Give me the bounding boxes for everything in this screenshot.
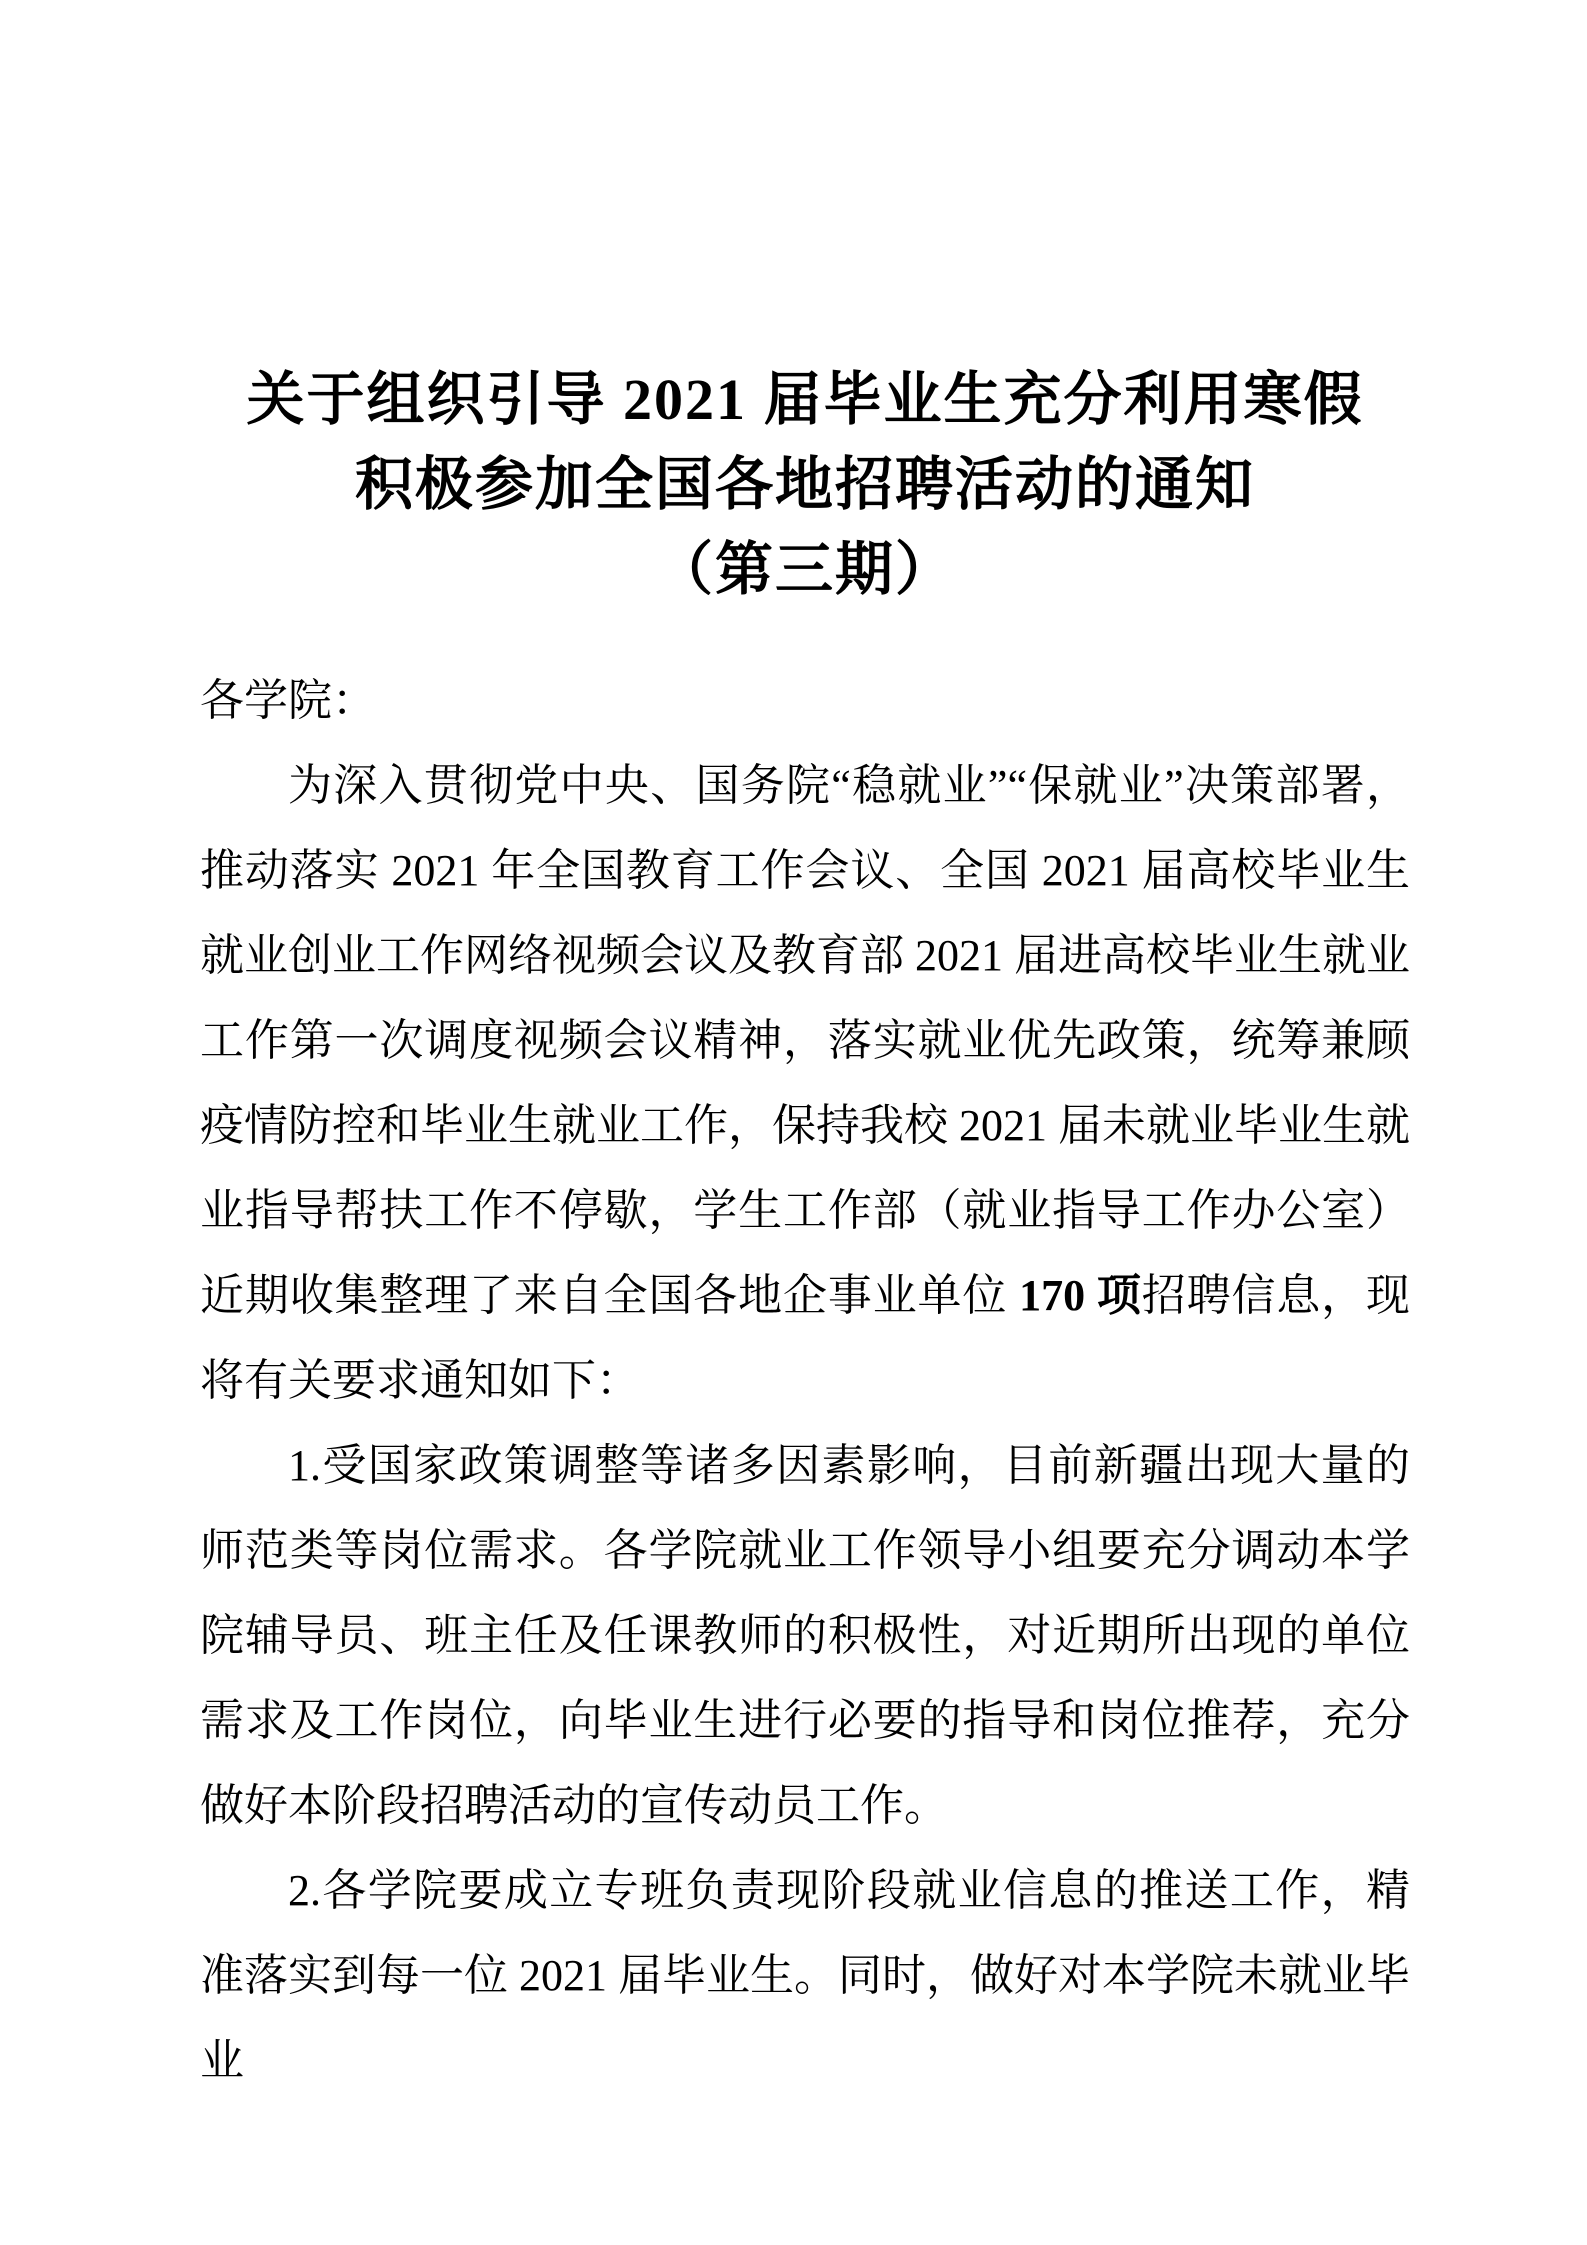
paragraph-3-item-2: 2.各学院要成立专班负责现阶段就业信息的推送工作，精准落实到每一位 2021 届… [200, 1848, 1410, 2103]
title-line-2: 积极参加全国各地招聘活动的通知 [200, 442, 1410, 527]
recruitment-count-highlight: 170 项 [1019, 1271, 1142, 1320]
salutation: 各学院： [200, 658, 1410, 743]
paragraph-2-item-1: 1.受国家政策调整等诸多因素影响，目前新疆出现大量的师范类等岗位需求。各学院就业… [200, 1423, 1410, 1848]
document-title: 关于组织引导 2021 届毕业生充分利用寒假 积极参加全国各地招聘活动的通知 （… [200, 357, 1410, 612]
title-line-3-issue-number: （第三期） [200, 527, 1410, 612]
title-line-1: 关于组织引导 2021 届毕业生充分利用寒假 [200, 357, 1410, 442]
document-body: 关于组织引导 2021 届毕业生充分利用寒假 积极参加全国各地招聘活动的通知 （… [200, 357, 1410, 2103]
document-page: 关于组织引导 2021 届毕业生充分利用寒假 积极参加全国各地招聘活动的通知 （… [0, 0, 1587, 2245]
paragraph-1-lead: 为深入贯彻党中央、国务院“稳就业”“保就业”决策部署，推动落实 2021 年全国… [200, 761, 1410, 1320]
paragraph-1: 为深入贯彻党中央、国务院“稳就业”“保就业”决策部署，推动落实 2021 年全国… [200, 743, 1410, 1423]
